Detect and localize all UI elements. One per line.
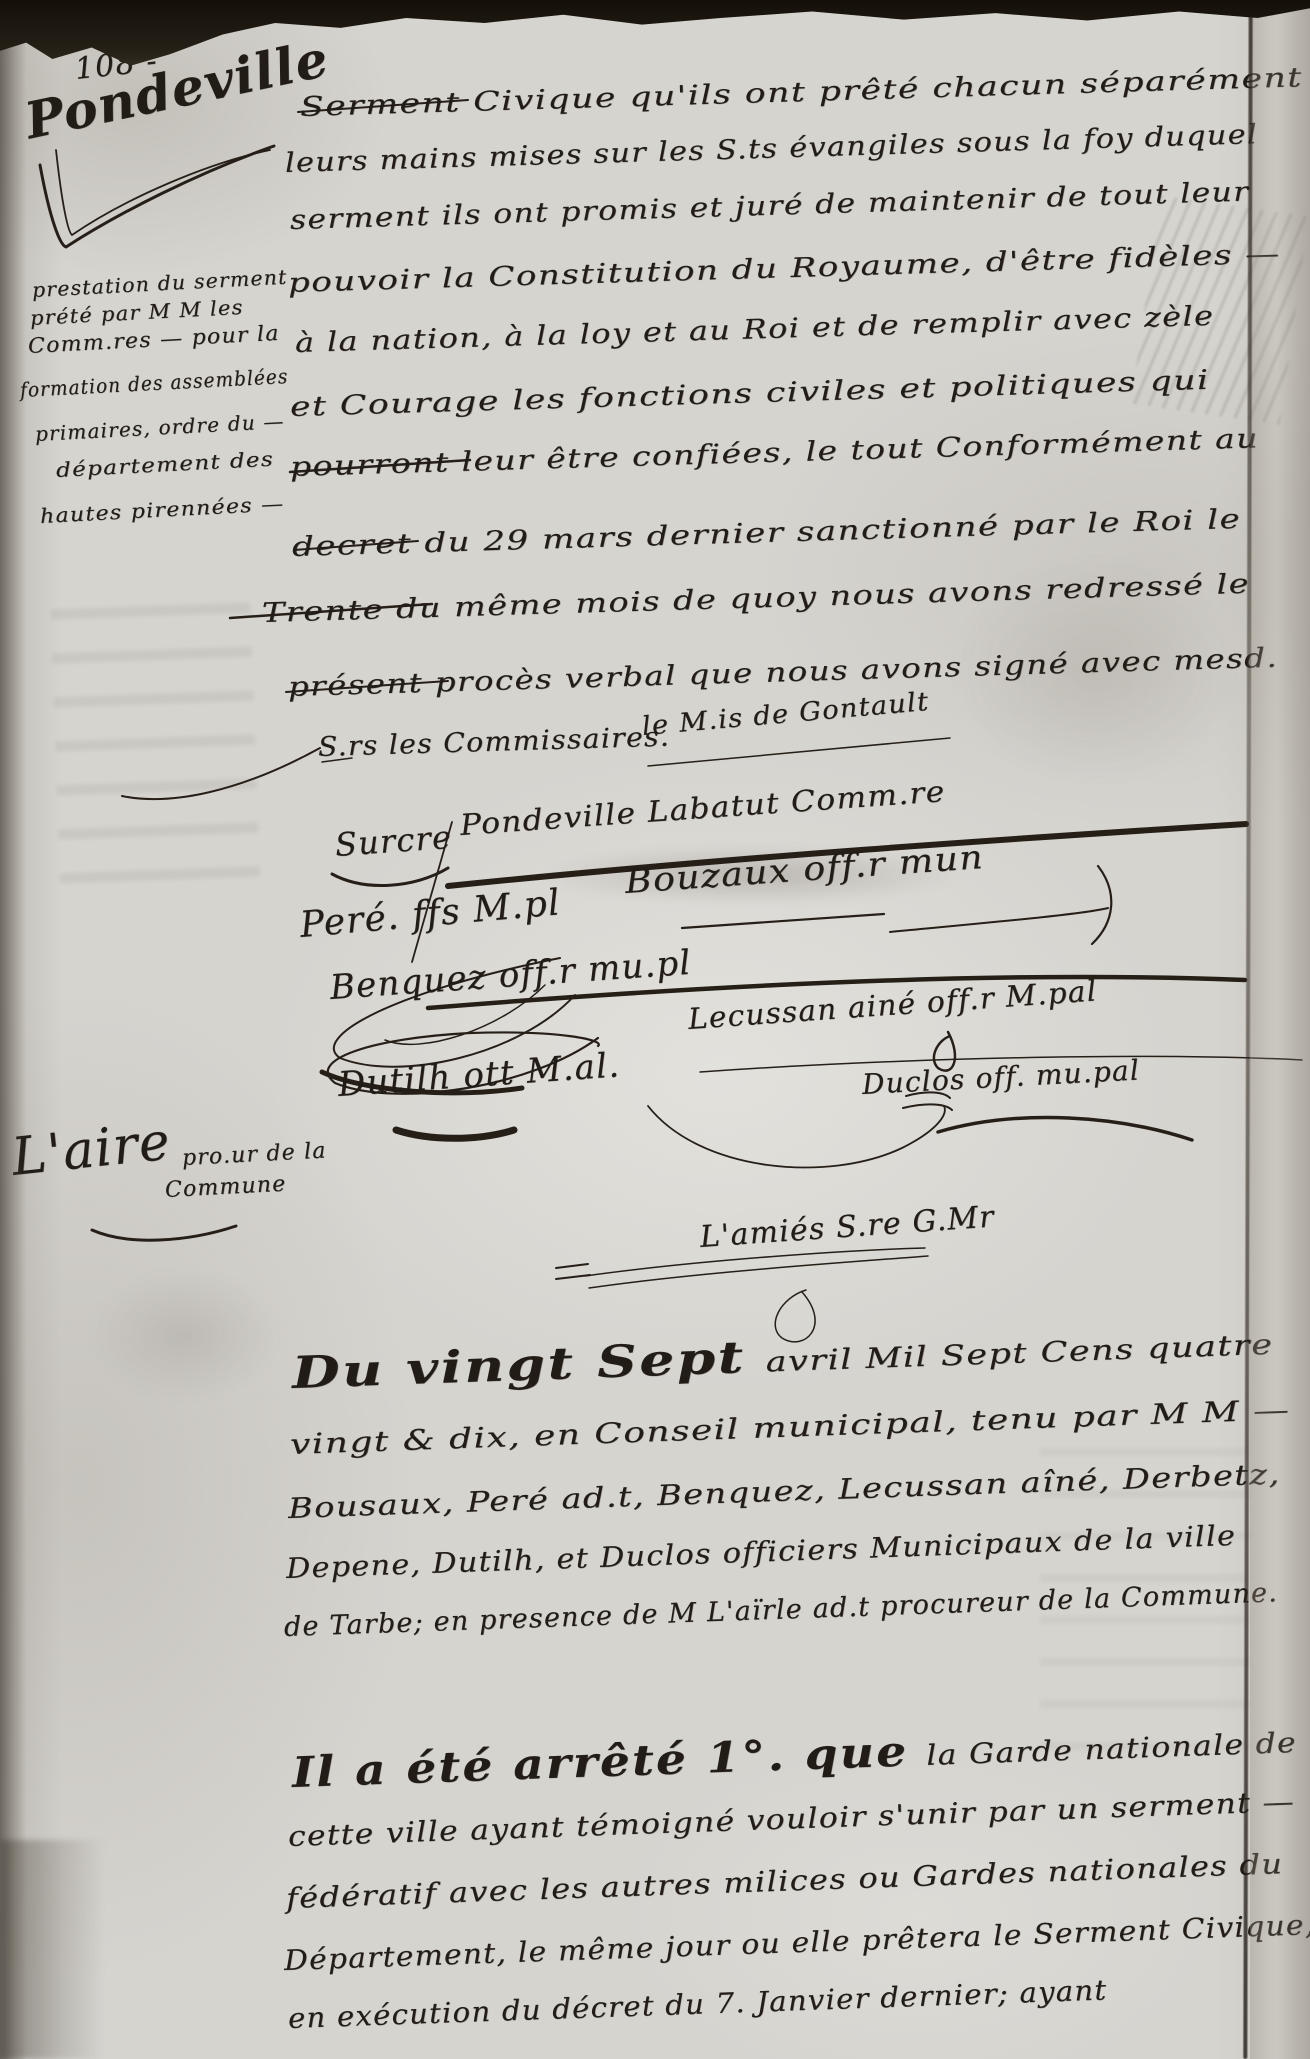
dash-flourish (556, 1264, 588, 1268)
signature-swoosh (938, 1118, 1192, 1140)
lamies-flourish (585, 1248, 925, 1276)
signature: Surcre (334, 818, 454, 864)
page-edge-shading (1250, 0, 1310, 2059)
binding-edge-shadow (0, 0, 26, 2059)
heavy-ink-dash (396, 1130, 514, 1138)
surcre-underline (332, 868, 448, 885)
underline-flourish (682, 914, 884, 928)
lamies-flourish (589, 1256, 928, 1288)
paren-flourish (1092, 866, 1111, 944)
underline-flourish (92, 1226, 236, 1240)
dash-flourish (556, 1275, 590, 1279)
swash-flourish (122, 748, 320, 799)
gontault-underline (648, 738, 950, 766)
manuscript-page: 108 - Pondeville prestation du serment p… (0, 0, 1310, 2059)
signature-loop (648, 1106, 945, 1168)
underline-flourish (890, 908, 1108, 932)
